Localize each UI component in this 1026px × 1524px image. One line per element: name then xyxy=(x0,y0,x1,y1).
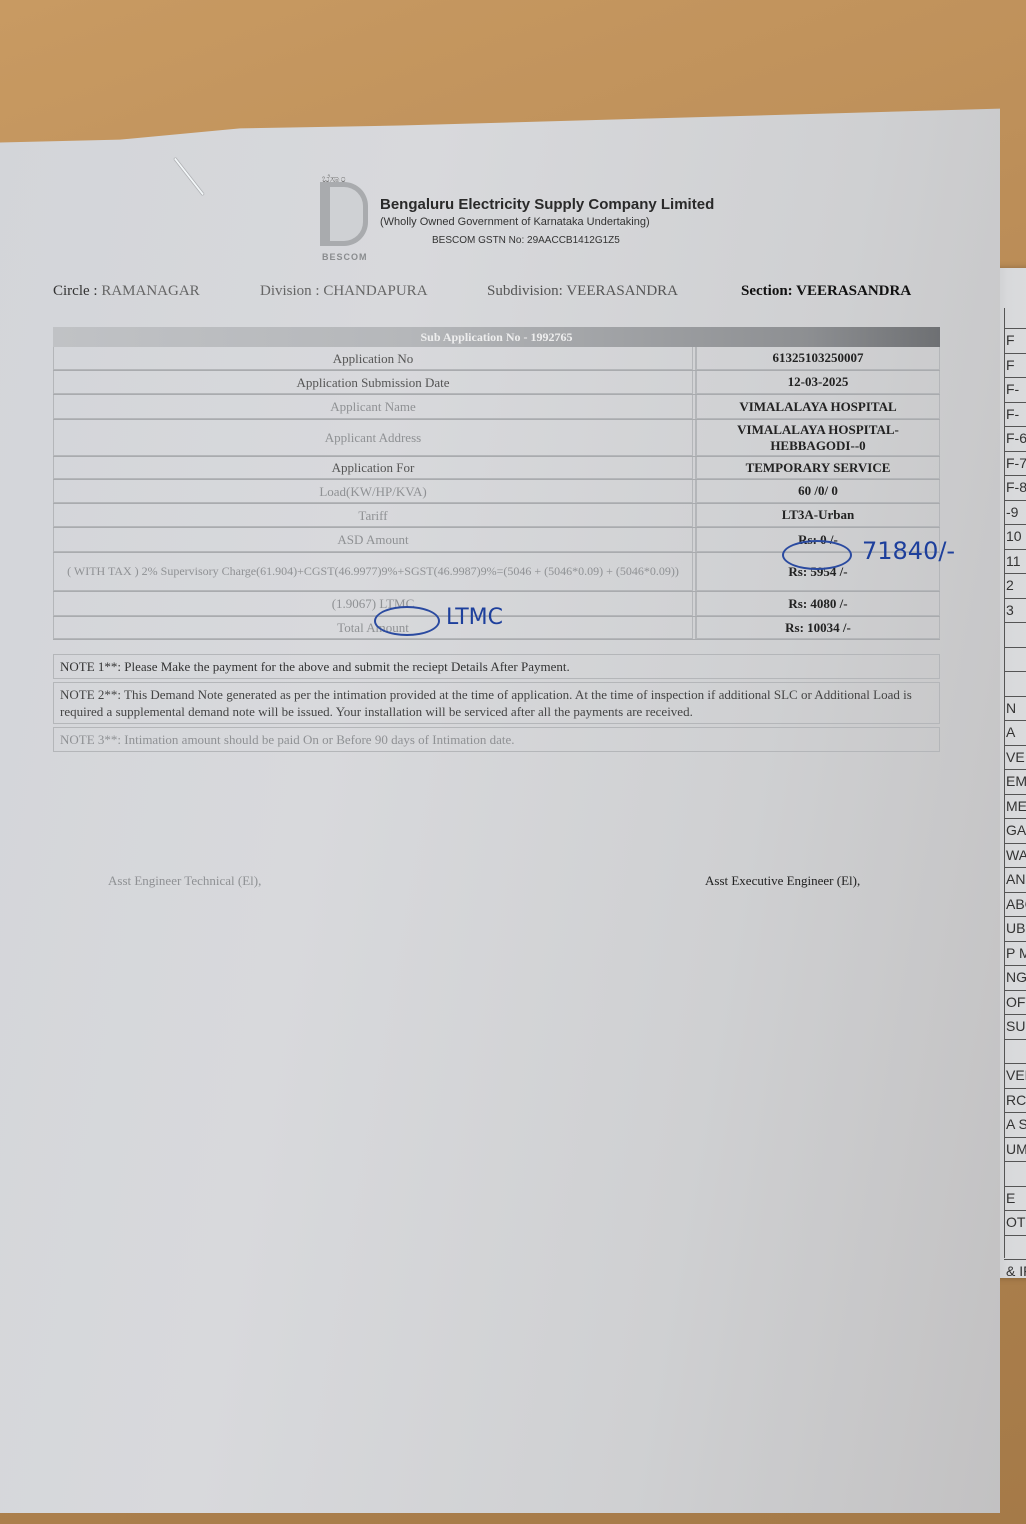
back-sheet-row: F-8 xyxy=(1004,475,1026,498)
division-value: CHANDAPURA xyxy=(323,283,427,299)
back-sheet-row: 10 xyxy=(1004,524,1026,547)
note-3: NOTE 3**: Intimation amount should be pa… xyxy=(53,727,940,752)
row-value: 61325103250007 xyxy=(695,347,940,370)
back-sheet-row: RCU xyxy=(1004,1088,1026,1111)
back-sheet-row xyxy=(1004,1235,1026,1258)
back-sheet-row: EM xyxy=(1004,769,1026,792)
section-label: Section: xyxy=(741,283,793,299)
back-sheet-row: -9 xyxy=(1004,500,1026,523)
row-label: ( WITH TAX ) 2% Supervisory Charge(61.90… xyxy=(53,553,693,591)
row-value: 12-03-2025 xyxy=(695,371,940,394)
table-title: Sub Application No - 1992765 xyxy=(53,327,940,347)
row-label: Load(KW/HP/KVA) xyxy=(53,480,693,503)
back-sheet-row: VE xyxy=(1004,745,1026,768)
back-sheet-row: UMB xyxy=(1004,1137,1026,1160)
back-sheet-row: A xyxy=(1004,720,1026,743)
demand-note-page xyxy=(0,103,1000,1513)
back-sheet-row: NG xyxy=(1004,965,1026,988)
row-label: Applicant Name xyxy=(53,395,693,419)
table-row: Applicant AddressVIMALALAYA HOSPITAL- HE… xyxy=(53,420,940,457)
table-row: Applicant NameVIMALALAYA HOSPITAL xyxy=(53,395,940,420)
back-sheet-row: AN xyxy=(1004,867,1026,890)
handwritten-ltmc: LTMC xyxy=(446,605,503,630)
back-sheet-row: A S xyxy=(1004,1112,1026,1135)
back-sheet-row: SU xyxy=(1004,1014,1026,1037)
back-sheet-row: WA xyxy=(1004,843,1026,866)
back-sheet-row: F xyxy=(1004,353,1026,376)
row-value: VIMALALAYA HOSPITAL- HEBBAGODI--0 xyxy=(695,420,940,456)
gstn-number: BESCOM GSTN No: 29AACCB1412G1Z5 xyxy=(432,235,714,246)
back-sheet-row: F-7 xyxy=(1004,451,1026,474)
row-value: 60 /0/ 0 xyxy=(695,480,940,503)
back-sheet-row: & IF xyxy=(1004,1259,1026,1282)
circle-label: Circle : xyxy=(53,283,98,299)
logo-text: BESCOM xyxy=(322,252,368,262)
notes-section: NOTE 1**: Please Make the payment for th… xyxy=(53,654,940,755)
row-label: ASD Amount xyxy=(53,528,693,552)
row-label: Application No xyxy=(53,347,693,370)
row-value: LT3A-Urban xyxy=(695,504,940,527)
back-sheet-row: GA xyxy=(1004,818,1026,841)
back-sheet-row: F xyxy=(1004,328,1026,351)
row-value: TEMPORARY SERVICE xyxy=(695,457,940,479)
row-label: Total Amount xyxy=(53,617,693,639)
back-sheet-row: F- xyxy=(1004,377,1026,400)
row-label: Application For xyxy=(53,457,693,479)
back-sheet-row: F-6 xyxy=(1004,426,1026,449)
note-2: NOTE 2**: This Demand Note generated as … xyxy=(53,682,940,724)
handwritten-asd-amount: 71840/- xyxy=(862,537,955,565)
company-header: Bengaluru Electricity Supply Company Lim… xyxy=(380,196,714,246)
table-row: Application ForTEMPORARY SERVICE xyxy=(53,457,940,480)
back-sheet-row: P M xyxy=(1004,941,1026,964)
section-info: Section: VEERASANDRA xyxy=(741,283,911,300)
ink-circle-ltmc xyxy=(374,606,440,636)
application-table: Sub Application No - 1992765 Application… xyxy=(53,327,940,640)
division-info: Division : CHANDAPURA xyxy=(260,283,428,300)
subdivision-info: Subdivision: VEERASANDRA xyxy=(487,283,678,300)
table-row: Load(KW/HP/KVA)60 /0/ 0 xyxy=(53,480,940,504)
back-sheet-row xyxy=(1004,1161,1026,1184)
row-label: (1.9067) LTMC xyxy=(53,592,693,616)
row-value: VIMALALAYA HOSPITAL xyxy=(695,395,940,419)
note-1: NOTE 1**: Please Make the payment for th… xyxy=(53,654,940,679)
bescom-logo: ಬೆಸ್ಕಾಂ BESCOM xyxy=(318,172,374,262)
back-sheet-row xyxy=(1004,1039,1026,1062)
table-row: Application No61325103250007 xyxy=(53,347,940,371)
back-sheet-row: VEE xyxy=(1004,1063,1026,1086)
ink-circle-asd xyxy=(782,540,852,570)
section-value: VEERASANDRA xyxy=(796,283,911,299)
company-name: Bengaluru Electricity Supply Company Lim… xyxy=(380,196,714,213)
back-sheet-row xyxy=(1004,647,1026,670)
back-sheet-row: F- xyxy=(1004,402,1026,425)
table-row: TariffLT3A-Urban xyxy=(53,504,940,528)
company-subtitle: (Wholly Owned Government of Karnataka Un… xyxy=(380,216,714,228)
row-label: Tariff xyxy=(53,504,693,527)
logo-b-icon xyxy=(320,182,368,246)
row-label: Applicant Address xyxy=(53,420,693,456)
back-sheet-row xyxy=(1004,671,1026,694)
back-sheet-row: 11 xyxy=(1004,549,1026,572)
subdivision-label: Subdivision: xyxy=(487,283,563,299)
signature-asst-exec-engineer: Asst Executive Engineer (El), xyxy=(705,873,860,889)
back-sheet-row: N xyxy=(1004,696,1026,719)
row-label: Application Submission Date xyxy=(53,371,693,394)
subdivision-value: VEERASANDRA xyxy=(566,283,678,299)
circle-info: Circle : RAMANAGAR xyxy=(53,283,200,300)
back-sheet-row: ME xyxy=(1004,794,1026,817)
back-sheet-row: UB xyxy=(1004,916,1026,939)
signature-asst-engineer: Asst Engineer Technical (El), xyxy=(108,873,261,889)
back-sheet-row xyxy=(1004,622,1026,645)
back-sheet-row: OTC xyxy=(1004,1210,1026,1233)
row-value: Rs: 4080 /- xyxy=(695,592,940,616)
back-sheet-row: E xyxy=(1004,1186,1026,1209)
back-sheet-row: 3 xyxy=(1004,598,1026,621)
back-sheet-row: ABC xyxy=(1004,892,1026,915)
back-sheet-row: OFT xyxy=(1004,990,1026,1013)
row-value: Rs: 10034 /- xyxy=(695,617,940,639)
back-sheet-row: 2 xyxy=(1004,573,1026,596)
table-row: Application Submission Date12-03-2025 xyxy=(53,371,940,395)
circle-value: RAMANAGAR xyxy=(101,283,199,299)
division-label: Division : xyxy=(260,283,320,299)
